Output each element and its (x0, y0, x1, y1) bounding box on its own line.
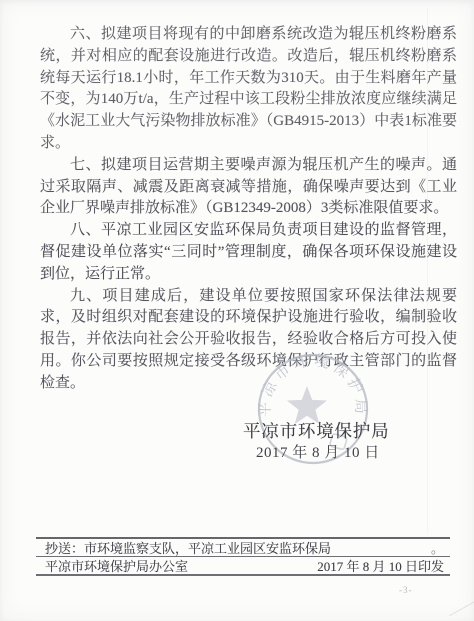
page-number: -3- (399, 585, 413, 595)
cc-row: 抄送：市环境监察支队，平凉工业园区安监环保局 。 (36, 539, 450, 556)
paragraph-item-7: 七、拟建项目运营期主要噪声源为辊压机产生的噪声。通过采取隔声、减震及距离衰减等措… (40, 155, 457, 220)
paragraph-item-6: 六、拟建项目将现有的中卸磨系统改造为辊压机终粉磨系统，并对相应的配套设施进行改造… (40, 24, 457, 155)
issuer-office: 平凉市环境保护局办公室 (45, 556, 188, 575)
signature-org: 平凉市环境保护局 (243, 418, 389, 443)
issue-date: 2017 年 8 月 10 日印发 (317, 556, 444, 575)
cc-line: 抄送：市环境监察支队，平凉工业园区安监环保局 (45, 538, 331, 557)
scanned-document-page: 六、拟建项目将现有的中卸磨系统改造为辊压机终粉磨系统，并对相应的配套设施进行改造… (0, 0, 474, 621)
signature-date: 2017 年 8 月 10 日 (256, 441, 380, 462)
scan-crease-artifact (449, 597, 474, 616)
footer-rule-top (36, 537, 450, 539)
footer-rule-bottom (36, 574, 450, 576)
footer-rule-middle (36, 556, 450, 557)
paragraph-item-8: 八、平凉工业园区安监环保局负责项目建设的监督管理，督促建设单位落实“三同时”管理… (40, 220, 457, 285)
document-body: 六、拟建项目将现有的中卸磨系统改造为辊压机终粉磨系统，并对相应的配套设施进行改造… (40, 24, 457, 395)
cc-trailing-mark: 。 (431, 538, 444, 557)
paragraph-item-9: 九、项目建成后，建设单位要按照国家环保法律法规要求，及时组织对配套建设的环境保护… (40, 286, 457, 395)
scan-streak-artifact (427, 8, 428, 533)
footer-distribution-block: 抄送：市环境监察支队，平凉工业园区安监环保局 。 平凉市环境保护局办公室 201… (36, 537, 450, 576)
issuer-row: 平凉市环境保护局办公室 2017 年 8 月 10 日印发 (36, 557, 450, 574)
